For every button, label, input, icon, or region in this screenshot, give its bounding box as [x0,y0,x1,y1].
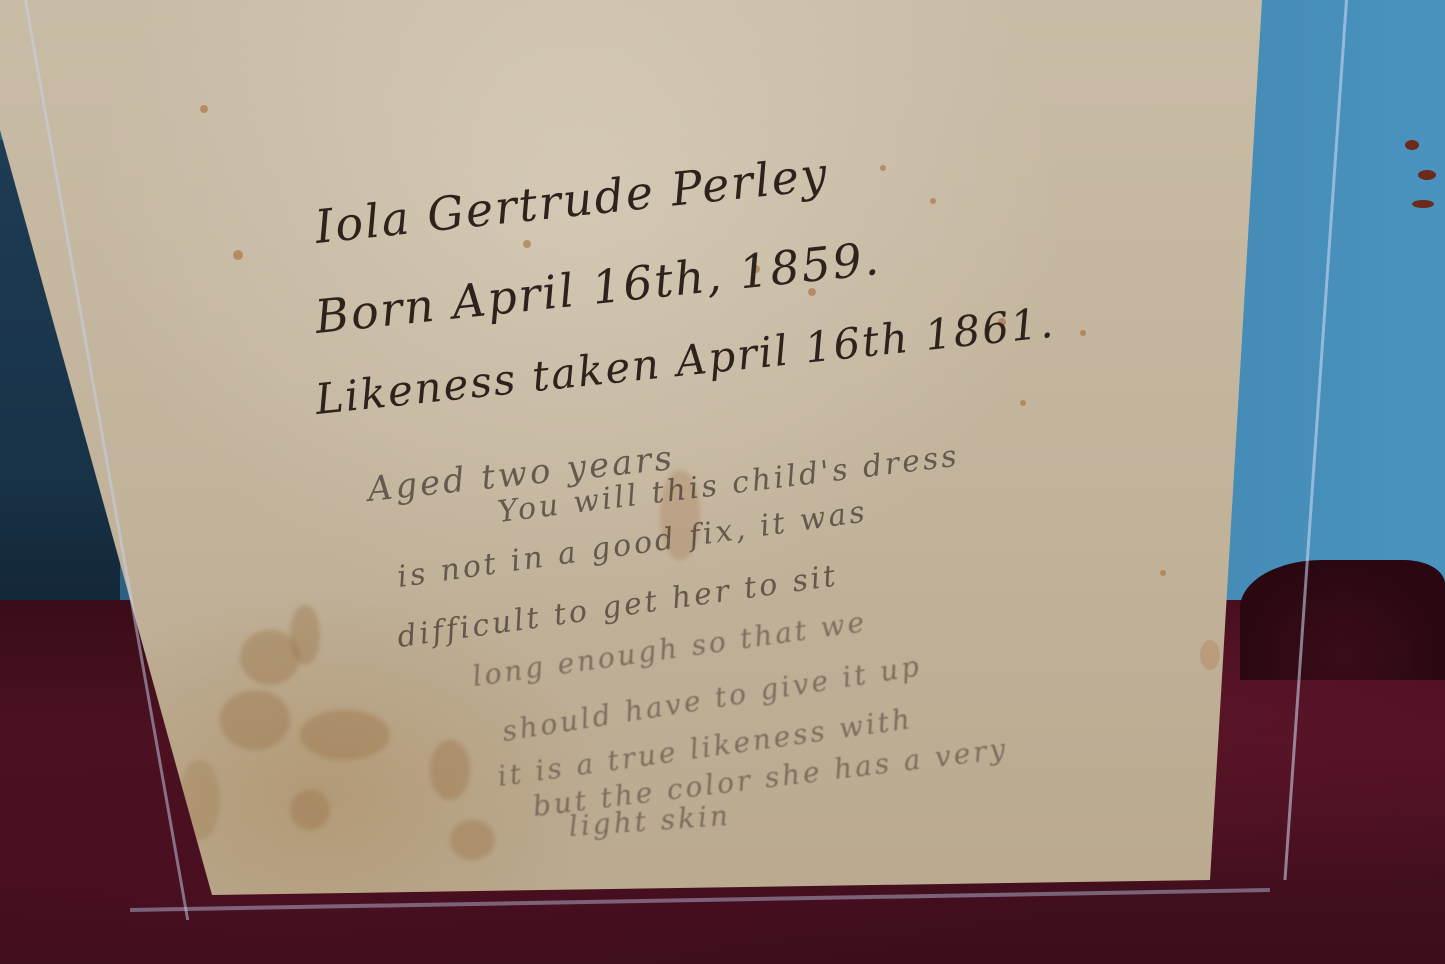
foxing-spot [1200,640,1220,670]
water-stain [220,690,290,750]
paint-chip [1412,200,1434,208]
water-stain [290,605,320,665]
foxing-spot [200,105,208,113]
paint-chip [1405,140,1419,150]
foxing-spot [523,240,531,248]
foxing-spot [1020,400,1026,406]
foxing-spot [1080,330,1086,336]
foxing-spot [1160,570,1166,576]
paint-chip [1418,170,1436,180]
foxing-spot [233,250,243,260]
foxing-spot [930,198,936,204]
water-stain [450,820,495,860]
water-stain [300,710,390,760]
velvet-fold [1240,560,1445,680]
photo-scene: Iola Gertrude Perley Born April 16th, 18… [0,0,1445,964]
inscription-name: Iola Gertrude Perley [312,146,831,254]
water-stain [290,790,330,830]
foxing-spot [880,165,886,171]
water-stain [430,740,470,800]
